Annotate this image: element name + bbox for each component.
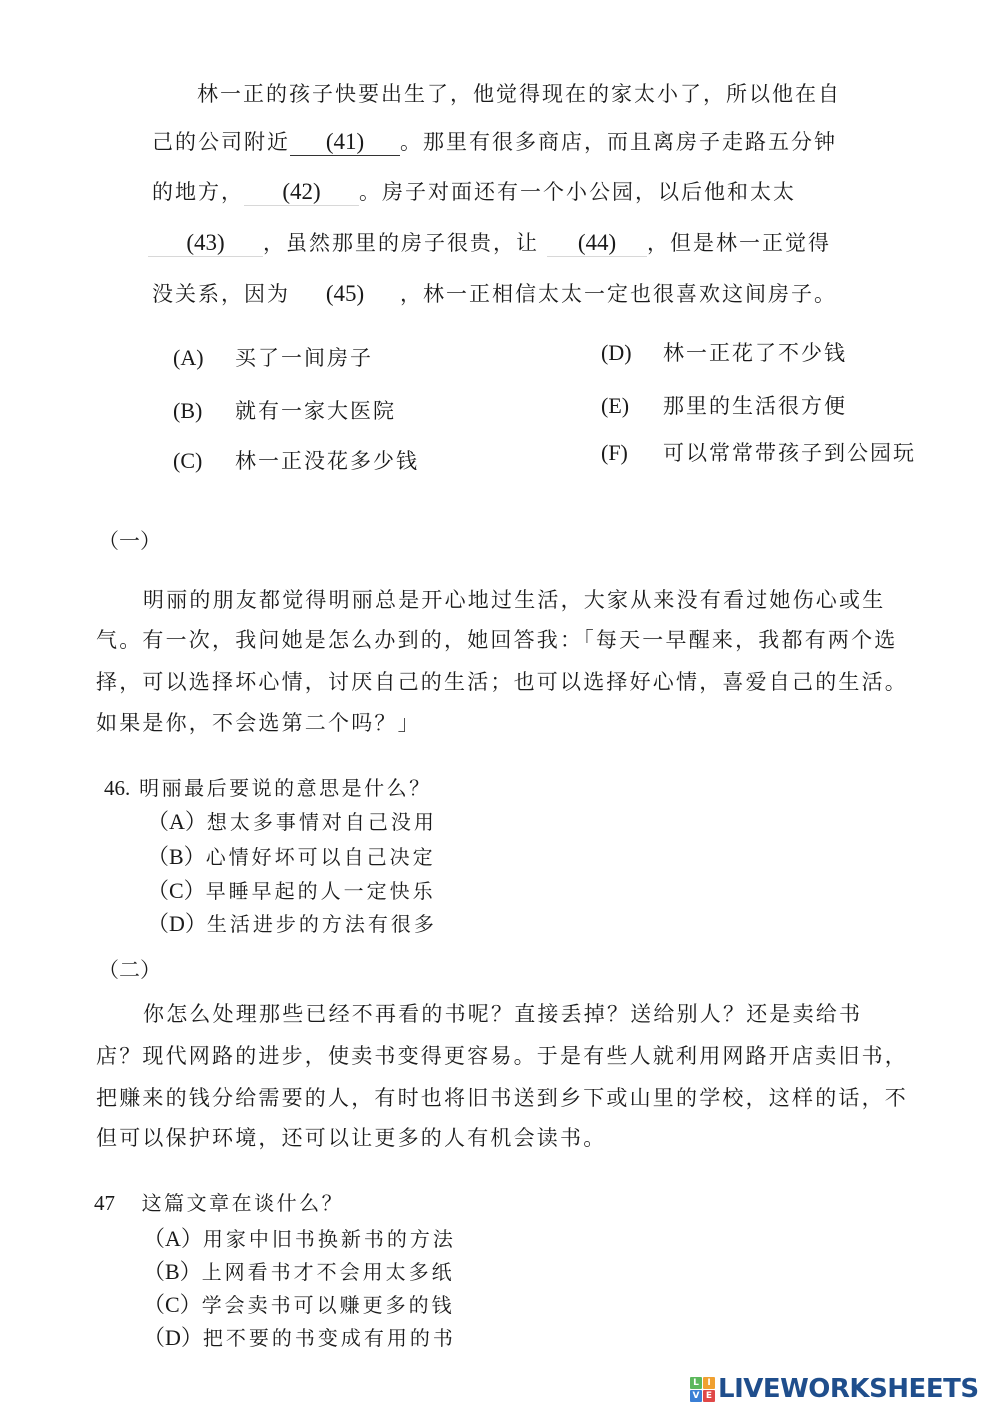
blank-44[interactable]: (44) [547, 230, 647, 257]
blank-42[interactable]: (42) [244, 179, 359, 206]
logo-tiles-icon: L I V E [690, 1377, 715, 1402]
option-c: (C)林一正没花多少钱 [173, 445, 419, 475]
cloze-line-1: 林一正的孩子快要出生了，他觉得现在的家太小了，所以他在自 [197, 78, 841, 108]
blank-41[interactable]: (41) [290, 129, 400, 156]
paragraph-line: 把赚来的钱分给需要的人，有时也将旧书送到乡下或山里的学校，这样的话，不 [96, 1082, 908, 1112]
section-heading-1: （一） [98, 525, 161, 555]
q47-option-d[interactable]: （D）把不要的书变成有用的书 [143, 1321, 456, 1352]
cloze-line-4: (43)，虽然那里的房子很贵，让(44)，但是林一正觉得 [148, 227, 831, 257]
q47-option-a[interactable]: （A）用家中旧书换新书的方法 [143, 1222, 456, 1253]
section-heading-2: （二） [98, 954, 161, 984]
q46-option-a[interactable]: （A）想太多事情对自己没用 [147, 805, 437, 836]
q47-option-b[interactable]: （B）上网看书才不会用太多纸 [143, 1255, 455, 1286]
logo-tile-e: E [703, 1390, 715, 1402]
q47-option-c[interactable]: （C）学会卖书可以赚更多的钱 [143, 1288, 455, 1319]
liveworksheets-logo: L I V E LIVEWORKSHEETS [690, 1374, 979, 1404]
paragraph-line: 但可以保护环境，还可以让更多的人有机会读书。 [96, 1122, 606, 1152]
option-e: (E)那里的生活很方便 [601, 390, 847, 420]
question-47: 47 这篇文章在谈什么？ [94, 1187, 344, 1216]
cloze-line-3: 的地方，(42)。房子对面还有一个小公园，以后他和太太 [152, 176, 796, 206]
option-d: (D)林一正花了不少钱 [601, 337, 847, 367]
option-f: (F)可以常常带孩子到公园玩 [601, 437, 916, 467]
option-a: (A)买了一间房子 [173, 342, 373, 372]
logo-tile-v: V [690, 1390, 702, 1402]
q46-option-d[interactable]: （D）生活进步的方法有很多 [147, 907, 437, 938]
logo-tile-i: I [703, 1377, 715, 1389]
logo-tile-l: L [690, 1377, 702, 1389]
blank-45[interactable]: (45) [290, 281, 400, 307]
option-b: (B)就有一家大医院 [173, 395, 396, 425]
paragraph-line: 如果是你，不会选第二个吗？」 [96, 707, 421, 737]
blank-43[interactable]: (43) [148, 230, 263, 257]
question-46: 46. 明丽最后要说的意思是什么？ [104, 772, 432, 801]
q46-option-c[interactable]: （C）早睡早起的人一定快乐 [147, 874, 436, 905]
paragraph-line: 气。有一次，我问她是怎么办到的，她回答我：「每天一早醒来，我都有两个选 [96, 624, 898, 654]
paragraph-line: 择，可以选择坏心情，讨厌自己的生活；也可以选择好心情，喜爱自己的生活。 [96, 666, 908, 696]
paragraph-line: 店？现代网路的进步，使卖书变得更容易。于是有些人就利用网路开店卖旧书， [96, 1040, 908, 1070]
brand-name: LIVEWORKSHEETS [718, 1374, 979, 1404]
cloze-line-2: 己的公司附近(41)。那里有很多商店，而且离房子走路五分钟 [152, 126, 837, 156]
cloze-line-5: 没关系，因为(45)，林一正相信太太一定也很喜欢这间房子。 [152, 278, 837, 308]
q46-option-b[interactable]: （B）心情好坏可以自己决定 [147, 840, 436, 871]
paragraph-line: 明丽的朋友都觉得明丽总是开心地过生活，大家从来没有看过她伤心或生 [143, 584, 885, 614]
paragraph-line: 你怎么处理那些已经不再看的书呢？直接丢掉？送给别人？还是卖给书 [143, 998, 862, 1028]
